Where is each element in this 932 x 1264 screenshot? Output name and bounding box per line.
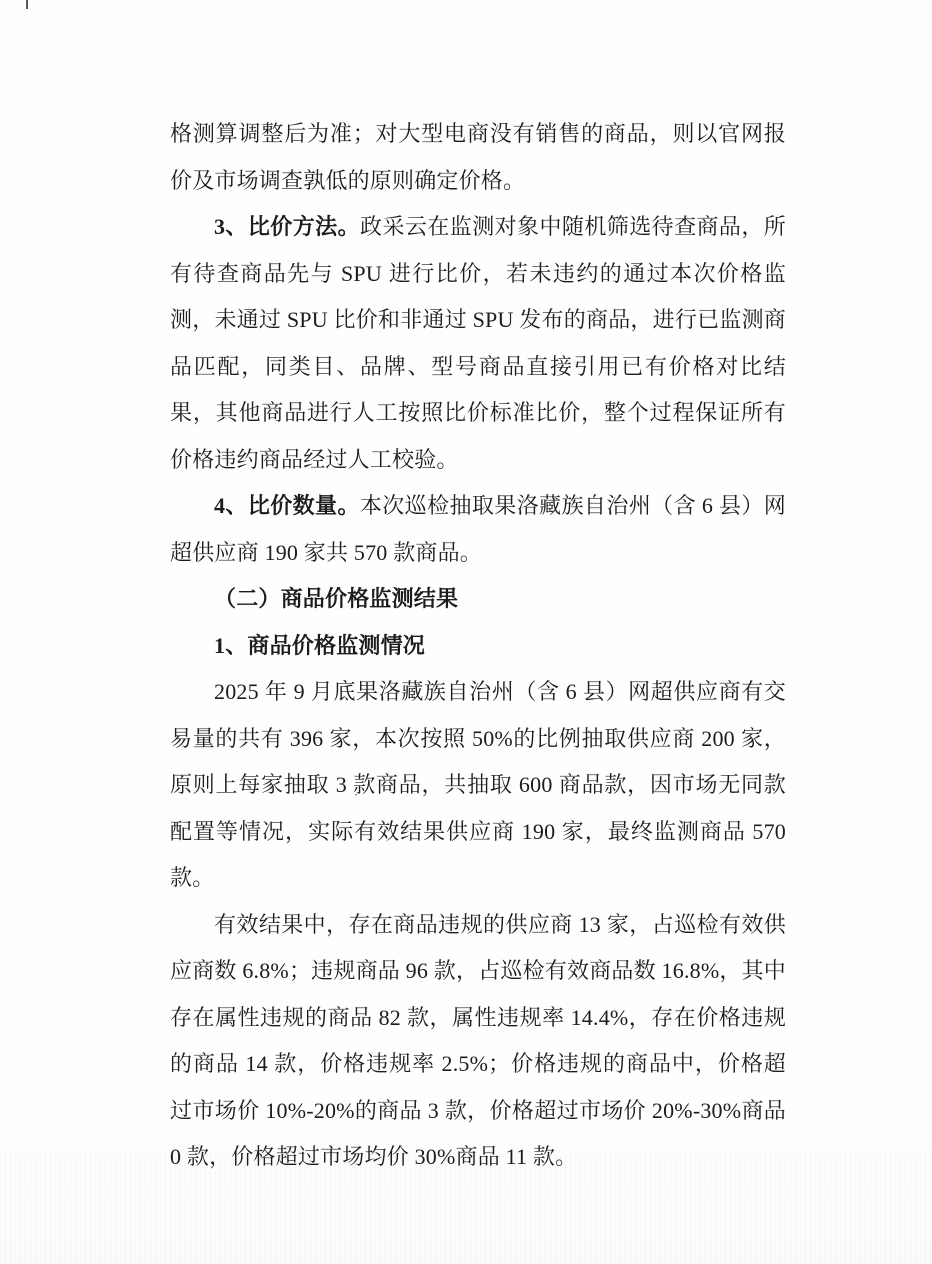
heading-text: 1、商品价格监测情况 xyxy=(214,633,425,658)
paragraph-text: 有效结果中，存在商品违规的供应商 13 家，占巡检有效供应商数 6.8%；违规商… xyxy=(170,912,786,1170)
heading-section-price-monitoring-results: （二）商品价格监测结果 xyxy=(170,576,786,623)
scan-artifact-dot: · xyxy=(354,788,358,801)
heading-text: （二）商品价格监测结果 xyxy=(214,586,458,611)
heading-price-monitoring-status: 1、商品价格监测情况 xyxy=(170,623,786,670)
heading-run-compare-method: 3、比价方法。 xyxy=(214,214,360,239)
paragraph-compare-quantity: 4、比价数量。本次巡检抽取果洛藏族自治州（含 6 县）网超供应商 190 家共 … xyxy=(170,483,786,576)
paragraph-price-determination-continuation: 格测算调整后为准；对大型电商没有销售的商品，则以官网报价及市场调查孰低的原则确定… xyxy=(170,111,786,204)
paragraph-text: 政采云在监测对象中随机筛选待查商品，所有待查商品先与 SPU 进行比价，若未违约… xyxy=(170,214,786,472)
paragraph-monitoring-overview: 2025 年 9 月底果洛藏族自治州（含 6 县）网超供应商有交易量的共有 39… xyxy=(170,669,786,902)
paragraph-text: 格测算调整后为准；对大型电商没有销售的商品，则以官网报价及市场调查孰低的原则确定… xyxy=(170,121,786,193)
document-body: 格测算调整后为准；对大型电商没有销售的商品，则以官网报价及市场调查孰低的原则确定… xyxy=(170,111,786,1181)
scan-artifact-tick xyxy=(26,0,28,9)
paragraph-compare-method: 3、比价方法。政采云在监测对象中随机筛选待查商品，所有待查商品先与 SPU 进行… xyxy=(170,204,786,483)
paragraph-violation-statistics: 有效结果中，存在商品违规的供应商 13 家，占巡检有效供应商数 6.8%；违规商… xyxy=(170,902,786,1181)
scanned-document-page: 格测算调整后为准；对大型电商没有销售的商品，则以官网报价及市场调查孰低的原则确定… xyxy=(0,0,932,1264)
paragraph-text: 2025 年 9 月底果洛藏族自治州（含 6 县）网超供应商有交易量的共有 39… xyxy=(170,679,786,890)
heading-run-compare-quantity: 4、比价数量。 xyxy=(214,493,360,518)
